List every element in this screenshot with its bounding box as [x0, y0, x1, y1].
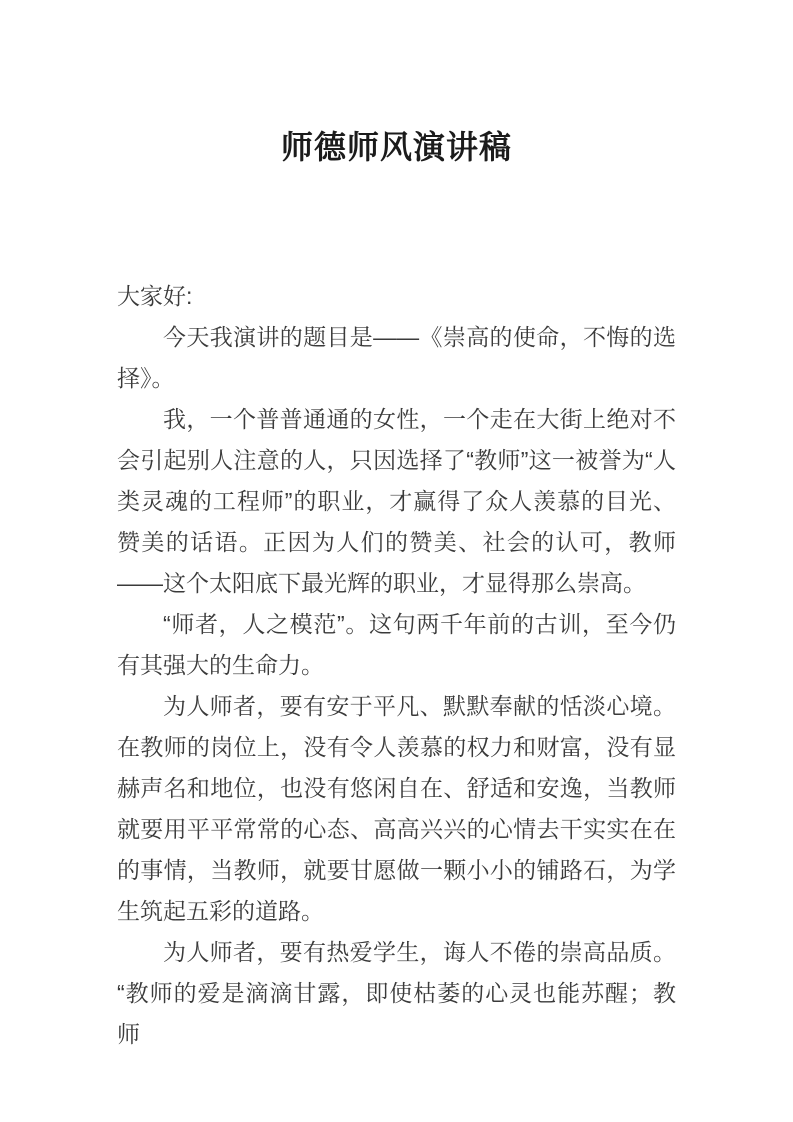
paragraph-greeting: 大家好: [117, 276, 676, 317]
document-page: 师德师风演讲稿 大家好: 今天我演讲的题目是——《崇高的使命，不悔的选择》。 我… [0, 0, 793, 1122]
paragraph-topic: 今天我演讲的题目是——《崇高的使命，不悔的选择》。 [117, 317, 676, 399]
paragraph-intro: 我，一个普普通通的女性，一个走在大街上绝对不会引起别人注意的人，只因选择了“教师… [117, 399, 676, 604]
paragraph-love-students: 为人师者，要有热爱学生，诲人不倦的崇高品质。“教师的爱是滴滴甘露，即使枯萎的心灵… [117, 932, 676, 1055]
document-body: 大家好: 今天我演讲的题目是——《崇高的使命，不悔的选择》。 我，一个普普通通的… [117, 276, 676, 1055]
paragraph-motto: “师者，人之模范”。这句两千年前的古训，至今仍有其强大的生命力。 [117, 604, 676, 686]
paragraph-dedication: 为人师者，要有安于平凡、默默奉献的恬淡心境。在教师的岗位上，没有令人羡慕的权力和… [117, 686, 676, 932]
document-title: 师德师风演讲稿 [117, 128, 676, 166]
